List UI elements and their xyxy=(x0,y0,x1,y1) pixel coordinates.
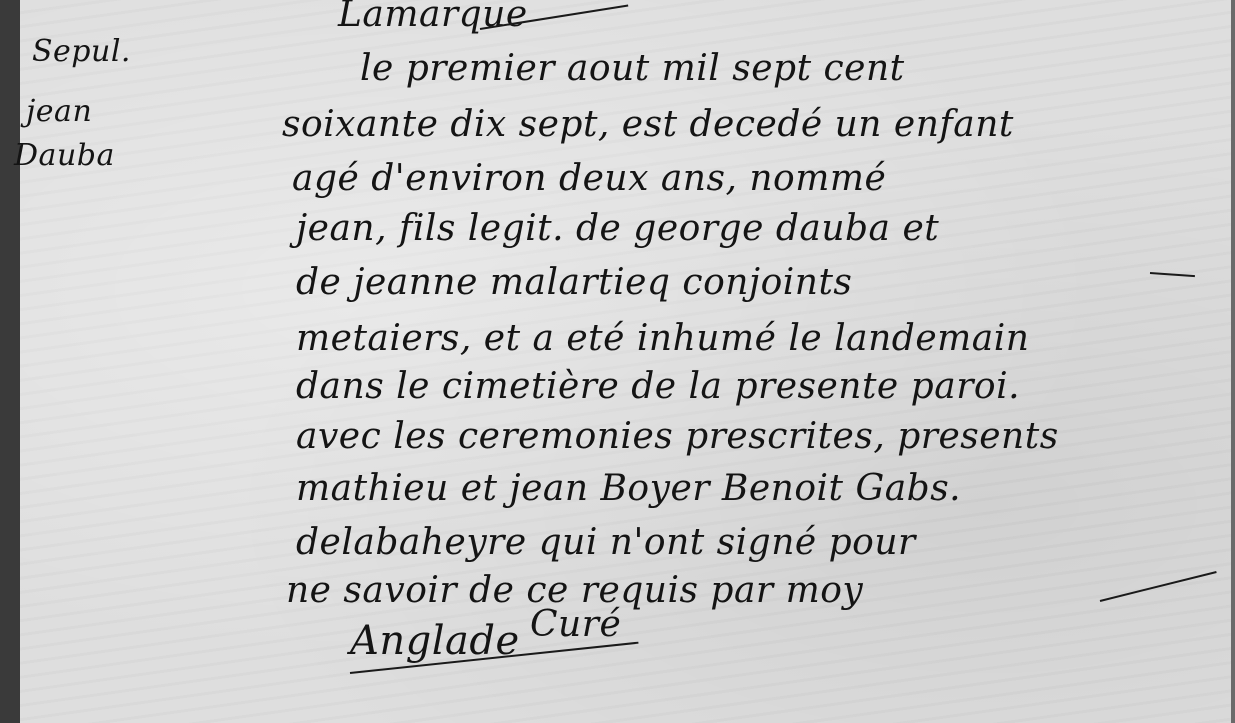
entry-line-3: agé d'environ deux ans, nommé xyxy=(292,158,886,199)
margin-note-firstname: jean xyxy=(26,90,92,134)
entry-line-1: le premier aout mil sept cent xyxy=(360,48,905,89)
entry-line-10: delabaheyre qui n'ont signé pour xyxy=(296,522,916,563)
register-page: Sepul. jean Dauba Lamarque le premier ao… xyxy=(0,0,1235,723)
entry-line-7: dans le cimetière de la presente paroi. xyxy=(296,366,1020,407)
entry-line-5: de jeanne malartieq conjoints xyxy=(296,262,852,303)
margin-note-burial: Sepul. xyxy=(32,30,131,74)
entry-line-8: avec les ceremonies prescrites, presents xyxy=(296,416,1059,457)
entry-line-4: jean, fils legit. de george dauba et xyxy=(296,208,939,249)
entry-heading: Lamarque xyxy=(338,0,528,35)
line-end-flourish xyxy=(1100,571,1217,602)
margin-note-surname: Dauba xyxy=(14,134,115,178)
priest-signature-title: Curé xyxy=(530,604,621,645)
page-binding-edge xyxy=(0,0,20,723)
page-right-edge xyxy=(1231,0,1235,723)
line-filler-dash xyxy=(1150,272,1195,277)
entry-line-9: mathieu et jean Boyer Benoit Gabs. xyxy=(296,468,961,509)
entry-line-2: soixante dix sept, est decedé un enfant xyxy=(282,104,1014,145)
entry-line-6: metaiers, et a eté inhumé le landemain xyxy=(296,318,1029,359)
